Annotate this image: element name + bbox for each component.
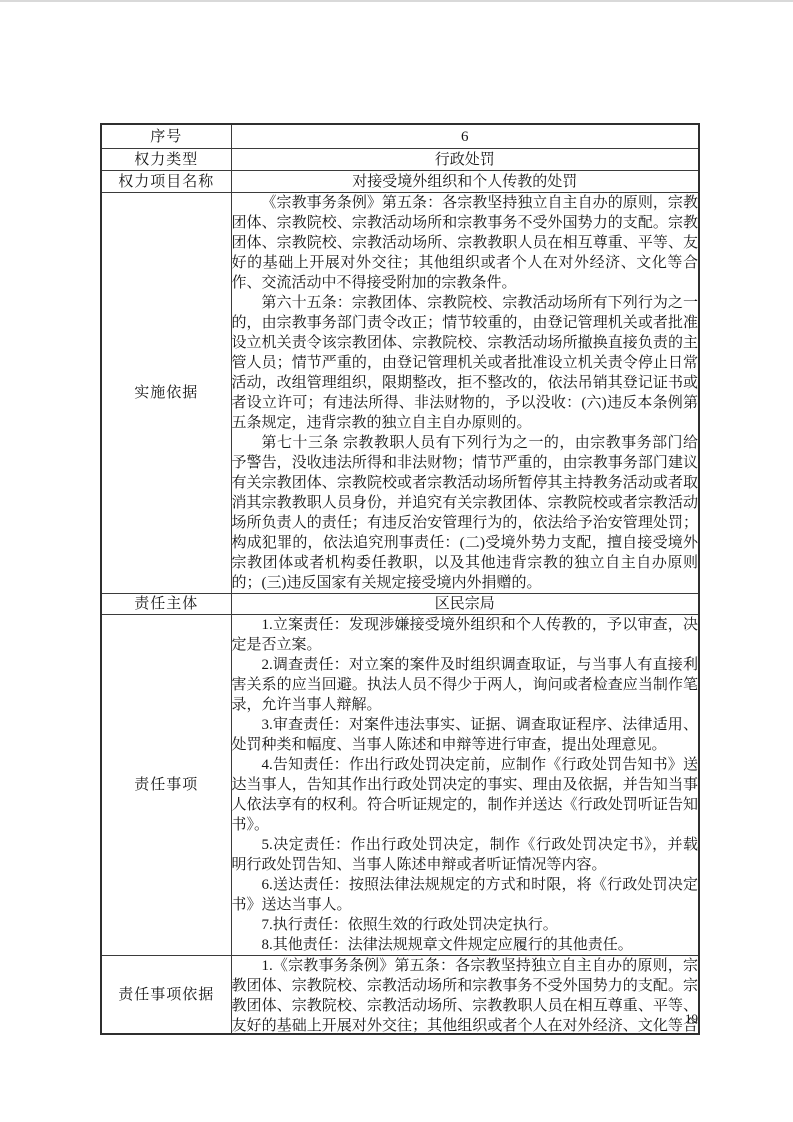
- table-row-serial-number: 序号 6: [101, 124, 699, 149]
- row-value-responsible-subject: 区民宗局: [231, 594, 699, 615]
- table-row-power-item-name: 权力项目名称 对接受境外组织和个人传教的处罚: [101, 171, 699, 193]
- document-page: 序号 6 权力类型 行政处罚 权力项目名称 对接受境外组织和个人传教的处罚 实施…: [0, 0, 793, 1122]
- row-value-power-item-name: 对接受境外组织和个人传教的处罚: [231, 171, 699, 193]
- row-value-power-type: 行政处罚: [231, 149, 699, 171]
- row-value-responsibility-items: 1.立案责任：发现涉嫌接受境外组织和个人传教的，予以审查，决定是否立案。2.调查…: [231, 615, 699, 956]
- table-row-responsible-subject: 责任主体 区民宗局: [101, 594, 699, 615]
- row-value-serial-number: 6: [231, 124, 699, 149]
- power-item-table: 序号 6 权力类型 行政处罚 权力项目名称 对接受境外组织和个人传教的处罚 实施…: [100, 123, 700, 1035]
- page-number: 19: [100, 1011, 698, 1027]
- row-value-implementation-basis: 《宗教事务条例》第五条：各宗教坚持独立自主自办的原则，宗教团体、宗教院校、宗教活…: [231, 193, 699, 594]
- row-label-power-type: 权力类型: [101, 149, 231, 171]
- table-row-implementation-basis: 实施依据 《宗教事务条例》第五条：各宗教坚持独立自主自办的原则，宗教团体、宗教院…: [101, 193, 699, 594]
- row-label-implementation-basis: 实施依据: [101, 193, 231, 594]
- row-label-serial-number: 序号: [101, 124, 231, 149]
- row-label-power-item-name: 权力项目名称: [101, 171, 231, 193]
- table-row-responsibility-items: 责任事项 1.立案责任：发现涉嫌接受境外组织和个人传教的，予以审查，决定是否立案…: [101, 615, 699, 956]
- scan-edge-shadow: [0, 0, 793, 2]
- row-label-responsible-subject: 责任主体: [101, 594, 231, 615]
- table-row-power-type: 权力类型 行政处罚: [101, 149, 699, 171]
- row-label-responsibility-items: 责任事项: [101, 615, 231, 956]
